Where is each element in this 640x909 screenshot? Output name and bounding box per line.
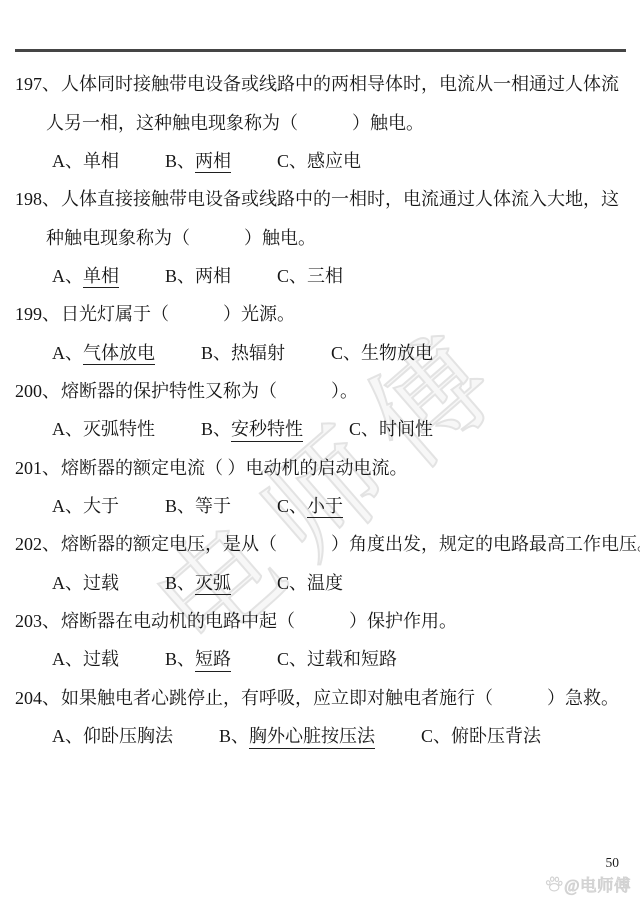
question-number: 202、 [15, 530, 60, 556]
option-text: 生物放电 [361, 343, 433, 363]
options-row: A、单相B、两相C、三相 [0, 256, 640, 294]
option: B、热辐射 [201, 339, 285, 365]
question-block: 203、熔断器在电动机的电路中起（ ）保护作用。A、过载B、短路C、过载和短路 [0, 601, 640, 678]
page-number: 50 [606, 855, 620, 871]
option-text: 安秒特性 [231, 419, 303, 442]
question-line: 种触电现象称为（ ）触电。 [0, 217, 640, 255]
option: B、灭弧 [165, 569, 231, 595]
option: B、等于 [165, 492, 231, 518]
question-text: 熔断器的额定电压，是从（ ）角度出发，规定的电路最高工作电压。 [61, 530, 640, 556]
option-label: B、 [165, 266, 195, 286]
option-label: C、 [277, 266, 307, 286]
question-text: 人体直接接触带电设备或线路中的一相时，电流通过人体流入大地，这 [61, 185, 619, 211]
option-label: B、 [165, 151, 195, 171]
question-block: 199、日光灯属于（ ）光源。A、气体放电B、热辐射C、生物放电 [0, 294, 640, 371]
option-text: 过载 [83, 573, 119, 593]
question-block: 197、人体同时接触带电设备或线路中的两相导体时，电流从一相通过人体流人另一相，… [0, 64, 640, 179]
option-text: 过载和短路 [307, 649, 397, 669]
option-text: 热辐射 [231, 343, 285, 363]
header-rule [15, 49, 626, 52]
question-block: 201、熔断器的额定电流（ ）电动机的启动电流。A、大于B、等于C、小于 [0, 447, 640, 524]
question-line: 203、熔断器在电动机的电路中起（ ）保护作用。 [0, 601, 640, 639]
option: C、生物放电 [331, 339, 433, 365]
question-line: 人另一相，这种触电现象称为（ ）触电。 [0, 102, 640, 140]
option-text: 仰卧压胸法 [83, 726, 173, 746]
option-label: A、 [52, 573, 83, 593]
option-text: 过载 [83, 649, 119, 669]
option: B、两相 [165, 262, 231, 288]
option-label: A、 [52, 419, 83, 439]
question-line: 198、人体直接接触带电设备或线路中的一相时，电流通过人体流入大地，这 [0, 179, 640, 217]
question-text: 熔断器的额定电流（ ）电动机的启动电流。 [61, 454, 408, 480]
option-label: B、 [165, 496, 195, 516]
question-block: 198、人体直接接触带电设备或线路中的一相时，电流通过人体流入大地，这种触电现象… [0, 179, 640, 294]
question-text: 日光灯属于（ ）光源。 [61, 300, 295, 326]
option-label: B、 [201, 343, 231, 363]
question-text: 人另一相，这种触电现象称为（ ）触电。 [46, 109, 424, 135]
option: C、三相 [277, 262, 343, 288]
option: A、气体放电 [52, 339, 155, 365]
footer-watermark: @电师傅 [545, 872, 631, 896]
question-text: 熔断器在电动机的电路中起（ ）保护作用。 [61, 607, 457, 633]
option-text: 气体放电 [83, 343, 155, 366]
option-label: C、 [331, 343, 361, 363]
question-line: 201、熔断器的额定电流（ ）电动机的启动电流。 [0, 447, 640, 485]
option: C、过载和短路 [277, 645, 397, 671]
question-line: 200、熔断器的保护特性又称为（ ）。 [0, 371, 640, 409]
option-text: 单相 [83, 151, 119, 171]
option-label: C、 [421, 726, 451, 746]
question-number: 200、 [15, 377, 60, 403]
option-text: 小于 [307, 496, 343, 519]
option-text: 两相 [195, 266, 231, 286]
question-line: 202、熔断器的额定电压，是从（ ）角度出发，规定的电路最高工作电压。 [0, 524, 640, 562]
option: C、时间性 [349, 415, 433, 441]
footer-watermark-text: @电师傅 [564, 872, 631, 896]
option-text: 温度 [307, 573, 343, 593]
option: C、感应电 [277, 147, 361, 173]
option-text: 等于 [195, 496, 231, 516]
options-row: A、灭弧特性B、安秒特性C、时间性 [0, 409, 640, 447]
option-label: B、 [165, 649, 195, 669]
question-line: 204、如果触电者心跳停止，有呼吸，应立即对触电者施行（ ）急救。 [0, 678, 640, 716]
option: A、过载 [52, 645, 119, 671]
option-label: C、 [277, 151, 307, 171]
option-label: A、 [52, 343, 83, 363]
option-label: A、 [52, 726, 83, 746]
option: A、大于 [52, 492, 119, 518]
option: B、两相 [165, 147, 231, 173]
paw-icon [545, 875, 563, 893]
question-number: 199、 [15, 300, 60, 326]
option-text: 时间性 [379, 419, 433, 439]
options-row: A、过载B、短路C、过载和短路 [0, 639, 640, 677]
option-label: B、 [165, 573, 195, 593]
option-text: 俯卧压背法 [451, 726, 541, 746]
option-label: C、 [277, 573, 307, 593]
option-label: C、 [277, 649, 307, 669]
option-label: B、 [201, 419, 231, 439]
option-label: C、 [349, 419, 379, 439]
question-text: 熔断器的保护特性又称为（ ）。 [61, 377, 358, 403]
option: C、俯卧压背法 [421, 722, 541, 748]
option-text: 胸外心脏按压法 [249, 726, 375, 749]
question-text: 人体同时接触带电设备或线路中的两相导体时，电流从一相通过人体流 [61, 70, 619, 96]
question-line: 197、人体同时接触带电设备或线路中的两相导体时，电流从一相通过人体流 [0, 64, 640, 102]
options-row: A、大于B、等于C、小于 [0, 486, 640, 524]
question-number: 198、 [15, 185, 60, 211]
option-label: A、 [52, 266, 83, 286]
option-label: B、 [219, 726, 249, 746]
question-number: 203、 [15, 607, 60, 633]
option-label: A、 [52, 649, 83, 669]
option-text: 短路 [195, 649, 231, 672]
options-row: A、单相B、两相C、感应电 [0, 141, 640, 179]
option: A、单相 [52, 147, 119, 173]
option: B、安秒特性 [201, 415, 303, 441]
question-number: 201、 [15, 454, 60, 480]
option-label: C、 [277, 496, 307, 516]
options-row: A、过载B、灭弧C、温度 [0, 562, 640, 600]
option: A、灭弧特性 [52, 415, 155, 441]
question-number: 204、 [15, 684, 60, 710]
option: C、温度 [277, 569, 343, 595]
options-row: A、气体放电B、热辐射C、生物放电 [0, 332, 640, 370]
option: B、胸外心脏按压法 [219, 722, 375, 748]
option: A、过载 [52, 569, 119, 595]
option-text: 灭弧特性 [83, 419, 155, 439]
question-block: 202、熔断器的额定电压，是从（ ）角度出发，规定的电路最高工作电压。A、过载B… [0, 524, 640, 601]
question-block: 200、熔断器的保护特性又称为（ ）。A、灭弧特性B、安秒特性C、时间性 [0, 371, 640, 448]
options-row: A、仰卧压胸法B、胸外心脏按压法C、俯卧压背法 [0, 716, 640, 754]
option: C、小于 [277, 492, 343, 518]
question-number: 197、 [15, 70, 60, 96]
option: A、单相 [52, 262, 119, 288]
option-text: 三相 [307, 266, 343, 286]
option-text: 感应电 [307, 151, 361, 171]
question-text: 如果触电者心跳停止，有呼吸，应立即对触电者施行（ ）急救。 [61, 684, 619, 710]
option-text: 灭弧 [195, 573, 231, 596]
option-label: A、 [52, 496, 83, 516]
option-text: 两相 [195, 151, 231, 174]
question-text: 种触电现象称为（ ）触电。 [46, 224, 316, 250]
option-label: A、 [52, 151, 83, 171]
question-block: 204、如果触电者心跳停止，有呼吸，应立即对触电者施行（ ）急救。A、仰卧压胸法… [0, 678, 640, 755]
questions: 197、人体同时接触带电设备或线路中的两相导体时，电流从一相通过人体流人另一相，… [0, 64, 640, 754]
question-line: 199、日光灯属于（ ）光源。 [0, 294, 640, 332]
option: B、短路 [165, 645, 231, 671]
option: A、仰卧压胸法 [52, 722, 173, 748]
exam-page: 电师傅 197、人体同时接触带电设备或线路中的两相导体时，电流从一相通过人体流人… [0, 0, 640, 909]
option-text: 单相 [83, 266, 119, 289]
option-text: 大于 [83, 496, 119, 516]
